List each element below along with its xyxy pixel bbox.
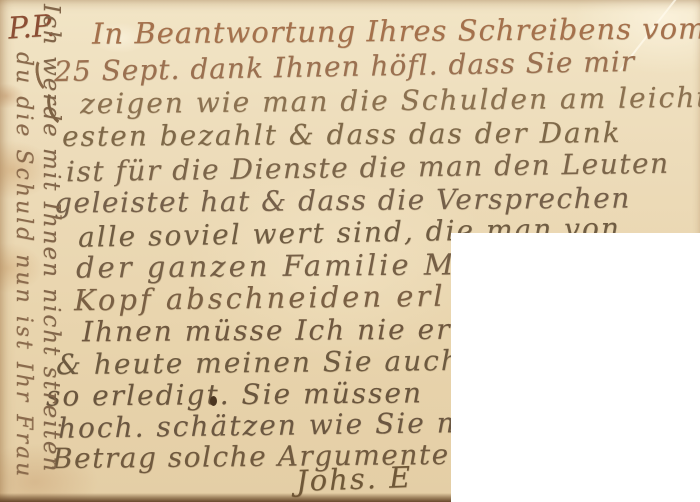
bottom-edge-shadow: [0, 493, 452, 502]
margin-note-outer: du die Schuld nun ist Ihr Frau: [11, 52, 36, 479]
handwriting-line: Ihnen müsse Ich nie er: [82, 313, 452, 349]
scanned-letter: P.P. In Beantwortung Ihres Schreibens vo…: [0, 0, 700, 502]
handwriting-line: esten bezahlt & dass das der Dank: [62, 116, 622, 153]
blank-cutout-region: [451, 233, 700, 502]
handwriting-line: Kopf abschneiden erl: [74, 279, 446, 318]
ink-blot: [210, 396, 217, 406]
handwriting-line: zeigen wie man die Schulden am leicht.: [80, 81, 700, 121]
